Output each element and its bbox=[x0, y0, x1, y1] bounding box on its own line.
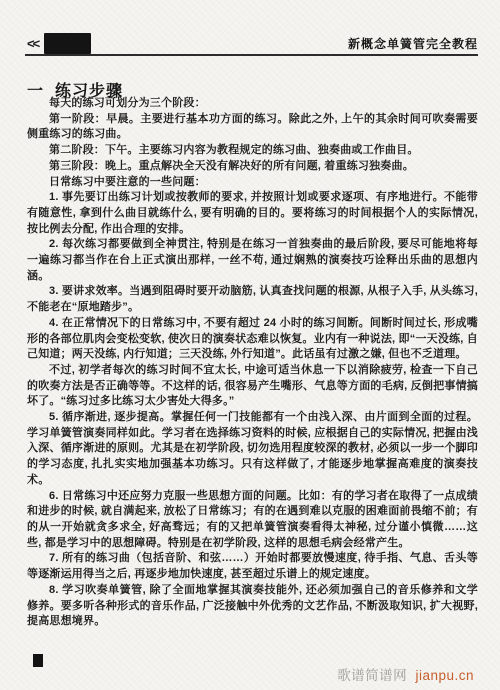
redacted-page-number bbox=[33, 654, 43, 667]
paragraph-item-8: 8. 学习吹奏单簧管, 除了全面地掌握其演奏技能外, 还必须加强自己的音乐修养和… bbox=[27, 583, 478, 630]
paragraph-item-6: 6. 日常练习中还应努力克服一些思想方面的问题。比如：有的学习者在取得了一点成绩… bbox=[27, 489, 478, 552]
paragraph-stage-2: 第二阶段：下午。主要练习内容为教程规定的练习曲、独奏曲或工作曲目。 bbox=[27, 143, 478, 159]
watermark-domain: jianpu.cn bbox=[415, 668, 474, 683]
double-left-chevron-icon: << bbox=[27, 37, 38, 50]
watermark-site-name: 歌谱简谱网 bbox=[337, 668, 407, 683]
paragraph-item-4-note: 不过, 初学者每次的练习时间不宜太长, 中途可适当休息一下以消除疲劳, 检查一下… bbox=[27, 363, 478, 410]
paragraph-intro: 每天的练习可划分为三个阶段： bbox=[27, 96, 478, 112]
paragraph-item-4: 4. 在正常情况下的日常练习中, 不要有超过 24 小时的练习间断。间断时间过长… bbox=[27, 316, 478, 363]
redacted-header-label bbox=[44, 33, 91, 54]
scanned-book-page: << 新概念单簧管完全教程 一练习步骤 每天的练习可划分为三个阶段： 第一阶段：… bbox=[0, 0, 500, 690]
book-title: 新概念单簧管完全教程 bbox=[348, 35, 478, 52]
watermark: 歌谱简谱网 jianpu.cn bbox=[337, 664, 474, 684]
paragraph-stage-3: 第三阶段：晚上。重点解决全天没有解决好的所有问题, 着重练习独奏曲。 bbox=[27, 159, 478, 175]
page-header: << 新概念单簧管完全教程 bbox=[27, 32, 478, 55]
paragraph-item-1: 1. 事先要订出练习计划或按教师的要求, 并按照计划或要求逐项、有序地进行。不能… bbox=[27, 190, 478, 237]
paragraph-issues-intro: 日常练习中要注意的一些问题： bbox=[27, 175, 478, 191]
header-divider bbox=[25, 54, 478, 56]
body-text: 每天的练习可划分为三个阶段： 第一阶段：早晨。主要进行基本功方面的练习。除此之外… bbox=[27, 96, 478, 630]
paragraph-item-2: 2. 每次练习都要做到全神贯注, 特别是在练习一首独奏曲的最后阶段, 要尽可能地… bbox=[27, 237, 478, 284]
paragraph-item-3: 3. 要讲求效率。当遇到阻碍时要开动脑筋, 认真查找问题的根源, 从根子入手, … bbox=[27, 284, 478, 315]
paragraph-item-5: 5. 循序渐进, 逐步提高。掌握任何一门技能都有一个由浅入深、由片面到全面的过程… bbox=[27, 410, 478, 489]
paragraph-item-7: 7. 所有的练习曲（包括音阶、和弦……）开始时都要放慢速度, 待手指、气息、舌头… bbox=[27, 551, 478, 582]
paragraph-stage-1: 第一阶段：早晨。主要进行基本功方面的练习。除此之外, 上午的其余时间可吹奏需要侧… bbox=[27, 112, 478, 143]
